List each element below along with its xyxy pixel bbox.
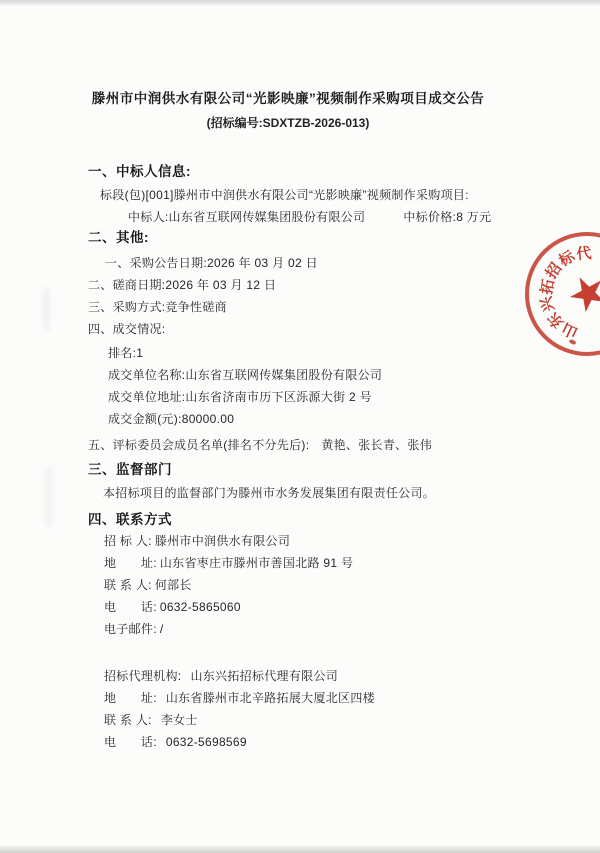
agency-address-label: 地 址: <box>104 687 157 709</box>
committee-line: 五、评标委员会成员名单(排名不分先后):黄艳、张长青、张伟 <box>88 434 600 456</box>
tenderer-email-row: 电子邮件:/ <box>104 618 600 640</box>
tenderer-label: 招 标 人: <box>104 530 152 552</box>
document-content: 滕州市中润供水有限公司“光影映廉”视频制作采购项目成交公告 (招标编号:SDXT… <box>0 0 600 853</box>
tenderer-address-row: 地 址:山东省枣庄市滕州市善国北路 91 号 <box>104 552 600 574</box>
committee-names: 黄艳、张长青、张伟 <box>309 438 432 452</box>
price-label: 中标价格: <box>403 210 456 224</box>
bidder-name: 山东省互联网传媒集团股份有限公司 <box>169 210 366 224</box>
phone-value: 0632-5865060 <box>157 596 241 618</box>
agency-phone-value: 0632-5698569 <box>157 731 247 753</box>
phone-label: 电 话: <box>104 596 157 618</box>
tenderer-name-row: 招 标 人:滕州市中润供水有限公司 <box>104 530 600 552</box>
deal-amount-line: 成交金额(元):80000.00 <box>108 408 600 430</box>
agency-value: 山东兴拓招标代理有限公司 <box>181 665 338 687</box>
agency-phone-label: 电 话: <box>104 731 157 753</box>
email-value: / <box>157 618 164 640</box>
stamp-arc-char: 代 <box>575 246 591 262</box>
document-page: 滕州市中润供水有限公司“光影映廉”视频制作采购项目成交公告 (招标编号:SDXT… <box>0 0 600 853</box>
section-heading-supervision: 三、监督部门 <box>88 460 600 480</box>
page-title: 滕州市中润供水有限公司“光影映廉”视频制作采购项目成交公告 <box>16 89 560 109</box>
address-label: 地 址: <box>104 552 157 574</box>
agency-name-row: 招标代理机构:山东兴拓招标代理有限公司 <box>104 665 600 687</box>
committee-label: 五、评标委员会成员名单(排名不分先后): <box>88 438 309 452</box>
address-value: 山东省枣庄市滕州市善国北路 91 号 <box>157 552 353 574</box>
announce-date-line: 一、采购公告日期:2026 年 03 月 02 日 <box>105 252 600 274</box>
agency-contact-person-row: 联 系 人:李女士 <box>104 709 600 731</box>
email-label: 电子邮件: <box>104 618 157 640</box>
bid-number: (招标编号:SDXTZB-2026-013) <box>16 114 560 132</box>
negotiation-date-line: 二、磋商日期:2026 年 03 月 12 日 <box>88 274 600 296</box>
agency-contact-person-label: 联 系 人: <box>104 709 152 731</box>
agency-address-row: 地 址:山东省滕州市北辛路拓展大厦北区四楼 <box>104 687 600 709</box>
bidder-label: 中标人: <box>128 210 169 224</box>
tenderer-contact-person-row: 联 系 人:何部长 <box>104 574 600 596</box>
supervision-body: 本招标项目的监督部门为滕州市水务发展集团有限责任公司。 <box>103 482 600 504</box>
deal-unit-name-line: 成交单位名称:山东省互联网传媒集团股份有限公司 <box>108 364 600 386</box>
section-heading-winner-info: 一、中标人信息: <box>88 162 600 182</box>
lot-description-line: 标段(包)[001]滕州市中润供水有限公司“光影映廉”视频制作采购项目: <box>100 184 600 206</box>
agency-label: 招标代理机构: <box>104 665 181 687</box>
procurement-method-line: 三、采购方式:竞争性磋商 <box>88 296 600 318</box>
tenderer-phone-row: 电 话:0632-5865060 <box>104 596 600 618</box>
contact-person-value: 何部长 <box>152 574 192 596</box>
contact-person-label: 联 系 人: <box>104 574 152 596</box>
winner-line: 中标人:山东省互联网传媒集团股份有限公司中标价格:8 万元 <box>128 206 600 228</box>
agency-phone-row: 电 话:0632-5698569 <box>104 731 600 753</box>
star-icon: ★ <box>561 270 600 319</box>
section-heading-other: 二、其他: <box>88 228 600 248</box>
section-heading-contact: 四、联系方式 <box>88 510 600 530</box>
tenderer-value: 滕州市中润供水有限公司 <box>152 530 290 552</box>
deal-unit-address-line: 成交单位地址:山东省济南市历下区泺源大街 2 号 <box>108 386 600 408</box>
deal-result-heading: 四、成交情况: <box>88 318 600 340</box>
agency-contact-person-value: 李女士 <box>152 709 198 731</box>
price-value: 8 万元 <box>456 210 491 224</box>
rank-line: 排名:1 <box>108 342 600 364</box>
agency-address-value: 山东省滕州市北辛路拓展大厦北区四楼 <box>157 687 375 709</box>
stamp-arc-char: 拓 <box>539 278 556 295</box>
